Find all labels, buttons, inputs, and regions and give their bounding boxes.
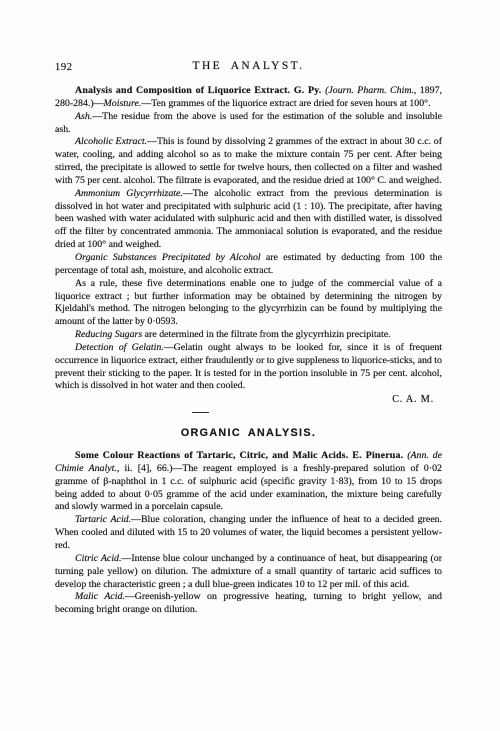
text-run: Some Colour Reactions of Tartaric, Citri… bbox=[75, 450, 407, 461]
text-run: Organic Substances Precipitated by Alcoh… bbox=[75, 252, 261, 263]
paragraph: Some Colour Reactions of Tartaric, Citri… bbox=[55, 450, 442, 514]
text-run: Reducing Sugars bbox=[75, 329, 142, 340]
section-divider bbox=[192, 412, 209, 413]
journal-page: 192 THE ANALYST. Analysis and Compositio… bbox=[0, 0, 500, 731]
paragraph: Analysis and Composition of Liquorice Ex… bbox=[55, 85, 442, 111]
paragraph: Detection of Gelatin.—Gelatin ought alwa… bbox=[55, 342, 442, 393]
reviewer-initials: C. A. M. bbox=[55, 393, 442, 406]
text-run: Detection of Gelatin. bbox=[75, 342, 164, 353]
text-run: Ash. bbox=[75, 111, 92, 122]
paragraph: Alcoholic Extract.—This is found by diss… bbox=[55, 136, 442, 187]
journal-title: THE ANALYST. bbox=[55, 60, 442, 72]
text-run: Ammonium Glycyrrhizate. bbox=[75, 188, 183, 199]
running-head: 192 THE ANALYST. bbox=[55, 60, 442, 72]
article-colour-reactions: Some Colour Reactions of Tartaric, Citri… bbox=[55, 450, 442, 617]
paragraph: Ash.—The residue from the above is used … bbox=[55, 111, 442, 137]
text-run: (Journ. Pharm. Chim. bbox=[325, 85, 414, 96]
text-run: are determined in the filtrate from the … bbox=[142, 329, 390, 340]
paragraph: As a rule, these five determinations ena… bbox=[55, 278, 442, 329]
text-run: Malic Acid. bbox=[75, 591, 125, 602]
paragraph: Citric Acid.—Intense blue colour unchang… bbox=[55, 553, 442, 592]
text-run: Analysis and Composition of Liquorice Ex… bbox=[75, 85, 325, 96]
page-number: 192 bbox=[55, 62, 73, 73]
paragraph: Malic Acid.—Greenish-yellow on progressi… bbox=[55, 591, 442, 617]
page-content: Analysis and Composition of Liquorice Ex… bbox=[55, 85, 442, 617]
paragraph: Tartaric Acid.—Blue coloration, changing… bbox=[55, 514, 442, 553]
text-run: Tartaric Acid. bbox=[75, 514, 131, 525]
article-liquorice-extract: Analysis and Composition of Liquorice Ex… bbox=[55, 85, 442, 393]
text-run: Citric Acid. bbox=[75, 553, 121, 564]
paragraph: Ammonium Glycyrrhizate.—The alcoholic ex… bbox=[55, 188, 442, 252]
text-run: Moisture. bbox=[104, 98, 142, 109]
text-run: —The residue from the above is used for … bbox=[55, 111, 442, 135]
text-run: As a rule, these five determinations ena… bbox=[55, 278, 442, 328]
paragraph: Reducing Sugars are determined in the fi… bbox=[55, 329, 442, 342]
section-heading: ORGANIC ANALYSIS. bbox=[55, 427, 442, 440]
text-run: —Ten grammes of the liquorice extract ar… bbox=[141, 98, 430, 109]
paragraph: Organic Substances Precipitated by Alcoh… bbox=[55, 252, 442, 278]
text-run: Alcoholic Extract. bbox=[75, 136, 147, 147]
